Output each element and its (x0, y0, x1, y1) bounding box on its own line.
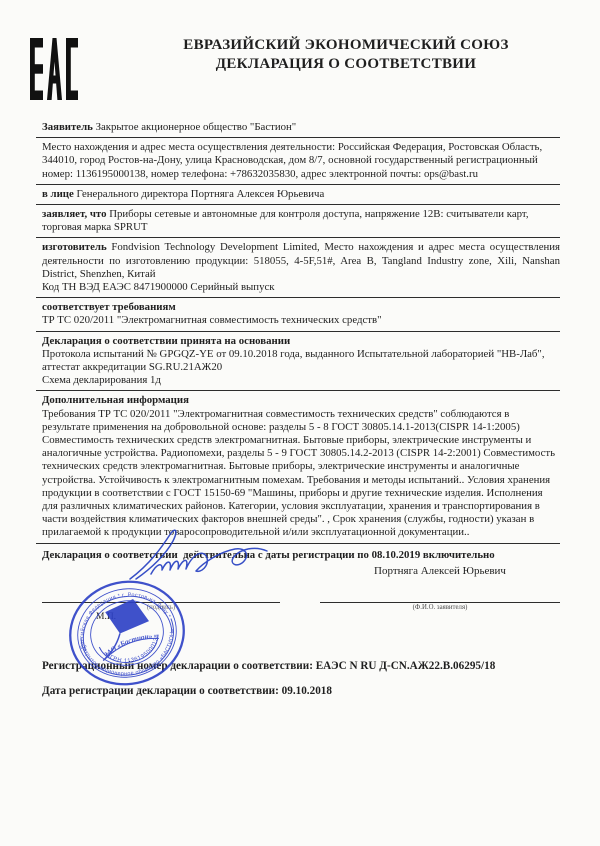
registration-date-value: 09.10.2018 (282, 685, 332, 697)
manufacturer-row: изготовитель Fondvision Technology Devel… (36, 238, 560, 298)
registration-number-line: Регистрационный номер декларации о соотв… (42, 659, 560, 673)
validity-line: Декларация о соответствии действительна … (42, 544, 560, 562)
declarant-name-cell: Портняга Алексей Юрьевич (Ф.И.О. заявите… (320, 570, 560, 611)
signature-caption: (подпись) (42, 603, 280, 611)
applicant-label: Заявитель (42, 121, 93, 133)
registration-footer: Регистрационный номер декларации о соотв… (42, 659, 560, 698)
basis-value: Протокола испытаний № GPGQZ-YE от 09.10.… (42, 348, 560, 374)
declarant-name-caption: (Ф.И.О. заявителя) (320, 603, 560, 611)
manufacturer-paragraph: изготовитель Fondvision Technology Devel… (42, 241, 560, 281)
basis-label: Декларация о соответствии принята на осн… (42, 335, 560, 348)
signature-line (42, 570, 280, 603)
declarant-name-line (320, 588, 560, 603)
manufacturer-label: изготовитель (42, 241, 107, 253)
tnved-code-line: Код ТН ВЭД ЕАЭС 8471900000 Серийный выпу… (42, 281, 560, 294)
registration-number-label: Регистрационный номер декларации о соотв… (42, 660, 313, 672)
applicant-value: Закрытое акционерное общество "Бастион" (96, 121, 297, 133)
registration-date-line: Дата регистрации декларации о соответств… (42, 684, 560, 698)
basis-row: Декларация о соответствии принята на осн… (36, 332, 560, 392)
declares-row: заявляет, что Приборы сетевые и автономн… (36, 205, 560, 238)
declaration-document: ЕВРАЗИЙСКИЙ ЭКОНОМИЧЕСКИЙ СОЮЗ ДЕКЛАРАЦИ… (0, 0, 600, 698)
conformity-label: соответствует требованиям (42, 301, 560, 314)
conformity-row: соответствует требованиям ТР ТС 020/2011… (36, 298, 560, 331)
manufacturer-value: Fondvision Technology Development Limite… (42, 241, 560, 279)
declarant-name: Портняга Алексей Юрьевич (320, 565, 560, 577)
registration-number-value: ЕАЭС N RU Д-CN.АЖ22.В.06295/18 (316, 660, 496, 672)
person-row: в лице Генерального директора Портняга А… (36, 185, 560, 205)
address-row: Место нахождения и адрес места осуществл… (36, 138, 560, 185)
conformity-value: ТР ТС 020/2011 "Электромагнитная совмест… (42, 314, 560, 327)
signature-block: (подпись) Портняга Алексей Юрьевич (Ф.И.… (42, 570, 560, 611)
title-union: ЕВРАЗИЙСКИЙ ЭКОНОМИЧЕСКИЙ СОЮЗ (150, 36, 542, 55)
person-value: Генерального директора Портняга Алексея … (77, 188, 325, 200)
document-header: ЕВРАЗИЙСКИЙ ЭКОНОМИЧЕСКИЙ СОЮЗ ДЕКЛАРАЦИ… (42, 36, 560, 108)
additional-info-row: Дополнительная информация Требования ТР … (36, 391, 560, 543)
document-title: ЕВРАЗИЙСКИЙ ЭКОНОМИЧЕСКИЙ СОЮЗ ДЕКЛАРАЦИ… (150, 36, 542, 74)
additional-info-value: Требования ТР ТС 020/2011 "Электромагнит… (42, 408, 560, 540)
eac-mark-icon (30, 38, 78, 100)
scheme-line: Схема декларирования 1д (42, 374, 560, 387)
registration-date-label: Дата регистрации декларации о соответств… (42, 685, 279, 697)
declares-label: заявляет, что (42, 208, 107, 220)
applicant-row: Заявитель Закрытое акционерное общество … (36, 118, 560, 138)
title-declaration: ДЕКЛАРАЦИЯ О СООТВЕТСТВИИ (150, 55, 542, 74)
declares-value: Приборы сетевые и автономные для контрол… (42, 208, 529, 233)
person-label: в лице (42, 188, 74, 200)
additional-info-label: Дополнительная информация (42, 394, 560, 407)
address-value: Место нахождения и адрес места осуществл… (42, 141, 542, 179)
signature-cell: (подпись) (42, 570, 280, 611)
